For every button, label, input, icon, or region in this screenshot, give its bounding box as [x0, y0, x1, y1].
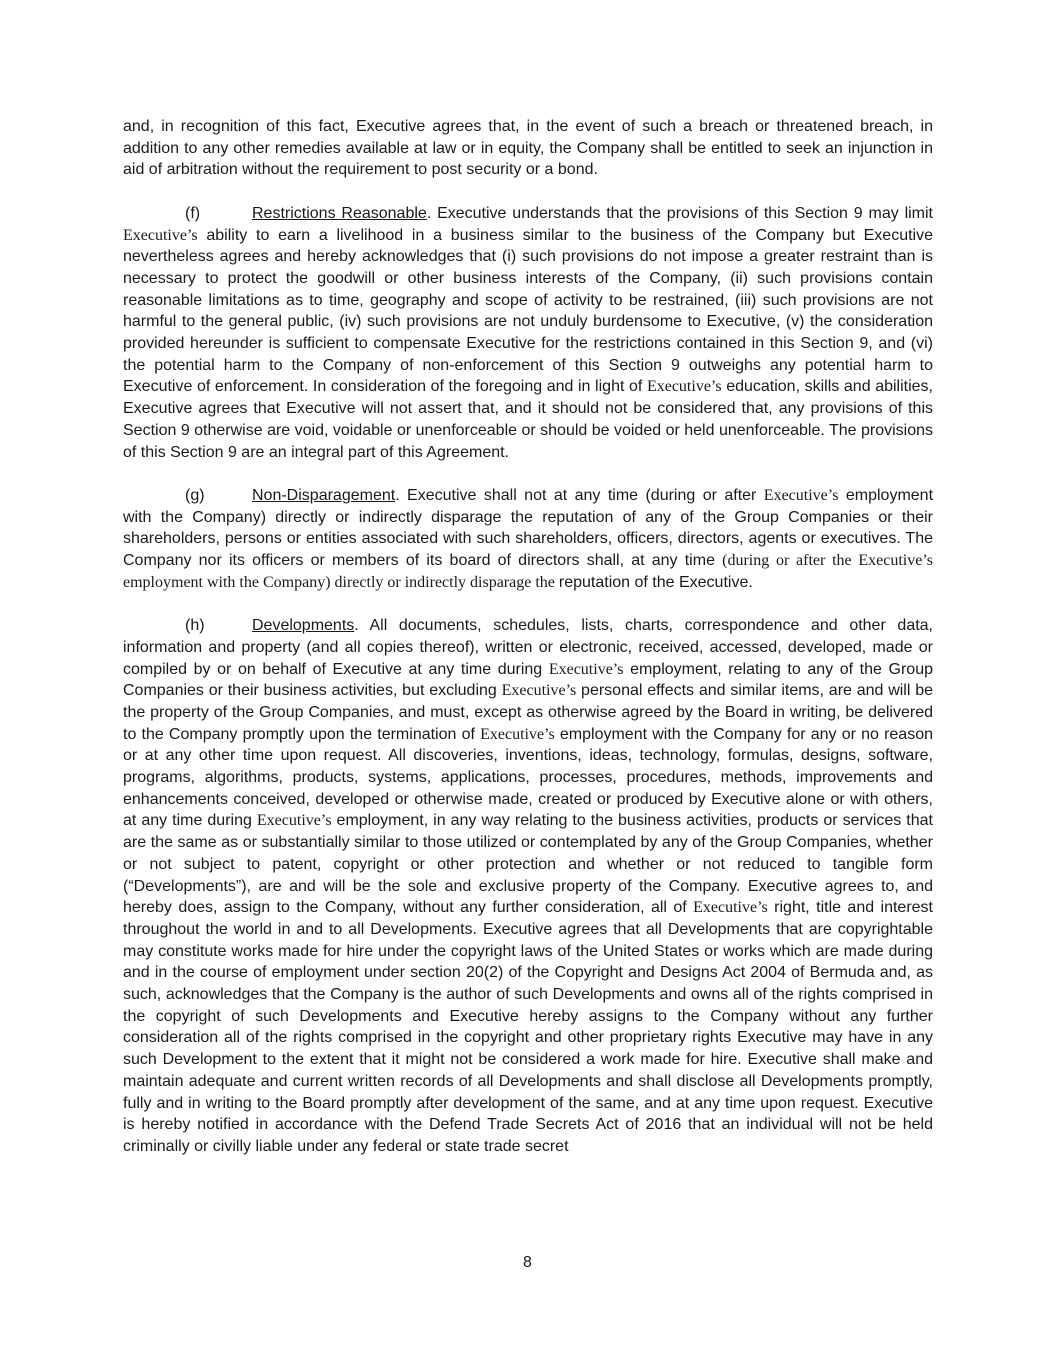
- section-paragraph-f: (f)Restrictions Reasonable. Executive un…: [123, 203, 933, 463]
- section-label: (g): [185, 485, 252, 507]
- section-paragraph-h: (h)Developments. All documents, schedule…: [123, 615, 933, 1158]
- text-run: Executive’s: [693, 899, 768, 916]
- text-run: ability to earn a livelihood in a busine…: [123, 227, 933, 396]
- text-run: Executive’s: [764, 487, 839, 504]
- section-label: (h): [185, 615, 252, 637]
- section-heading: Non-Disparagement: [252, 487, 395, 504]
- text-run: Executive’s: [502, 682, 577, 699]
- text-run: Executive’s: [123, 227, 198, 244]
- section-paragraph-g: (g)Non-Disparagement. Executive shall no…: [123, 485, 933, 594]
- document-page: and, in recognition of this fact, Execut…: [0, 0, 1055, 1365]
- document-body: and, in recognition of this fact, Execut…: [123, 116, 933, 1158]
- text-run: and, in recognition of this fact, Execut…: [123, 118, 933, 178]
- page-number: 8: [0, 1254, 1055, 1272]
- body-paragraph: and, in recognition of this fact, Execut…: [123, 116, 933, 181]
- section-heading: Developments: [252, 617, 354, 634]
- text-run: right, title and interest throughout the…: [123, 899, 933, 1155]
- text-run: Executive’s: [549, 661, 624, 678]
- section-heading: Restrictions Reasonable: [252, 205, 427, 222]
- text-run: Executive’s: [480, 726, 555, 743]
- text-run: Executive’s: [257, 812, 332, 829]
- text-run: reputation of the Executive.: [559, 574, 753, 591]
- section-label: (f): [185, 203, 252, 225]
- text-run: . Executive shall not at any time (durin…: [395, 487, 764, 504]
- text-run: . Executive understands that the provisi…: [427, 205, 933, 222]
- text-run: Executive’s: [647, 378, 722, 395]
